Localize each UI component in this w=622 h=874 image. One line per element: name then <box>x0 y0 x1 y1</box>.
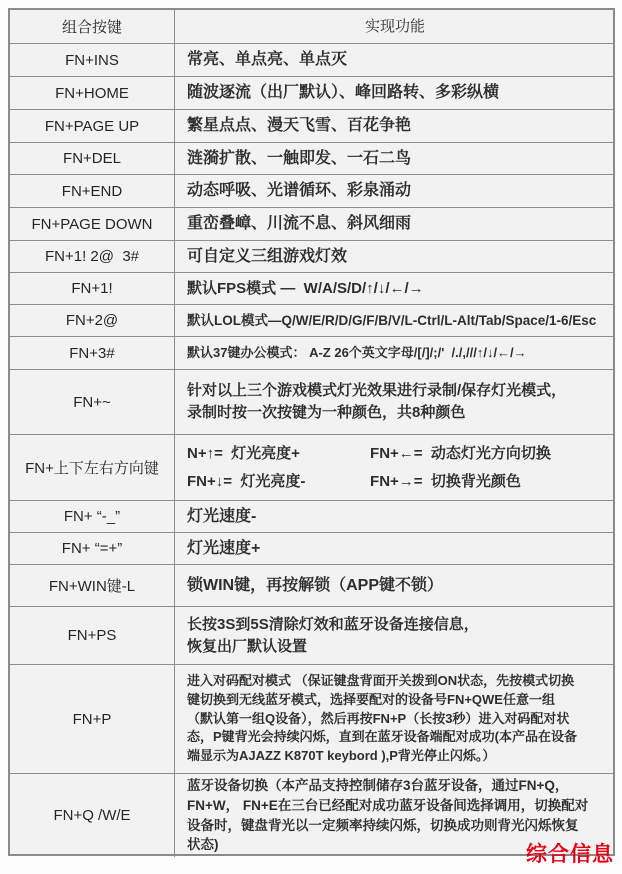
key-cell: FN+END <box>10 175 175 207</box>
table-row-fn-pagedown: FN+PAGE DOWN 重峦叠嶂、川流不息、斜风细雨 <box>10 207 613 240</box>
watermark: 综合信息 <box>526 838 614 868</box>
desc-grid-item: FN+→= 切换背光颜色 <box>370 471 603 493</box>
desc-cell: 动态呼吸、光谱循环、彩泉涌动 <box>175 175 613 207</box>
table-header-row: 组合按键 实现功能 <box>10 10 613 43</box>
key-cell: FN+PAGE UP <box>10 110 175 142</box>
table-row-fn-win: FN+WIN键-L 锁WIN键，再按解锁（APP键不锁） <box>10 564 613 606</box>
table-row-fn-ins: FN+INS 常亮、单点亮、单点灭 <box>10 43 613 76</box>
key-cell: FN+P <box>10 665 175 773</box>
desc-cell: 锁WIN键，再按解锁（APP键不锁） <box>175 565 613 606</box>
desc-cell: 常亮、单点亮、单点灭 <box>175 44 613 76</box>
table-row-fn-1: FN+1! 默认FPS模式 — W/A/S/D/↑/↓/←/→ <box>10 272 613 304</box>
desc-cell: 进入对码配对模式 （保证键盘背面开关拨到ON状态，先按模式切换 键切换到无线蓝牙… <box>175 665 613 773</box>
desc-cell: 长按3S到5S清除灯效和蓝牙设备连接信息， 恢复出厂默认设置 <box>175 607 613 664</box>
desc-line: 蓝牙设备切换（本产品支持控制储存3台蓝牙设备，通过FN+Q， <box>187 776 603 796</box>
table-row-fn-arrows: FN+上下左右方向键 N+↑= 灯光亮度+ FN+←= 动态灯光方向切换 FN+… <box>10 434 613 500</box>
header-desc-cell: 实现功能 <box>175 10 613 43</box>
key-cell: FN+WIN键-L <box>10 565 175 606</box>
desc-line: 长按3S到5S清除灯效和蓝牙设备连接信息， <box>187 614 603 636</box>
table-row-fn-qwe: FN+Q /W/E 蓝牙设备切换（本产品支持控制储存3台蓝牙设备，通过FN+Q，… <box>10 773 613 857</box>
desc-cell: 默认FPS模式 — W/A/S/D/↑/↓/←/→ <box>175 273 613 304</box>
desc-cell: 灯光速度+ <box>175 533 613 564</box>
header-key-cell: 组合按键 <box>10 10 175 43</box>
key-cell: FN+~ <box>10 370 175 434</box>
key-cell: FN+1! <box>10 273 175 304</box>
table-row-fn-del: FN+DEL 涟漪扩散、一触即发、一石二鸟 <box>10 142 613 174</box>
table-row-fn-ps: FN+PS 长按3S到5S清除灯效和蓝牙设备连接信息， 恢复出厂默认设置 <box>10 606 613 664</box>
table-row-fn-end: FN+END 动态呼吸、光谱循环、彩泉涌动 <box>10 174 613 207</box>
desc-cell: 涟漪扩散、一触即发、一石二鸟 <box>175 143 613 174</box>
desc-line: 常亮、单点亮、单点灭 <box>187 48 603 71</box>
desc-line: 锁WIN键，再按解锁（APP键不锁） <box>187 574 603 597</box>
key-function-table: 组合按键 实现功能 FN+INS 常亮、单点亮、单点灭 FN+HOME 随波逐流… <box>8 8 615 856</box>
key-cell: FN+1! 2@ 3# <box>10 241 175 272</box>
desc-cell: 重峦叠嶂、川流不息、斜风细雨 <box>175 208 613 240</box>
desc-line: 恢复出厂默认设置 <box>187 636 603 658</box>
desc-line: 重峦叠嶂、川流不息、斜风细雨 <box>187 212 603 235</box>
key-cell: FN+ “-_” <box>10 501 175 532</box>
table-row-fn-home: FN+HOME 随波逐流（出厂默认）、峰回路转、多彩纵横 <box>10 76 613 109</box>
desc-line: 灯光速度- <box>187 505 603 528</box>
desc-cell: N+↑= 灯光亮度+ FN+←= 动态灯光方向切换 FN+↓= 灯光亮度- FN… <box>175 435 613 500</box>
desc-line: 默认FPS模式 — W/A/S/D/↑/↓/←/→ <box>187 278 603 300</box>
desc-cell: 随波逐流（出厂默认）、峰回路转、多彩纵横 <box>175 77 613 109</box>
table-row-fn-tilde: FN+~ 针对以上三个游戏模式灯光效果进行录制/保存灯光模式， 录制时按一次按键… <box>10 369 613 434</box>
desc-line: 态，P键背光会持续闪烁，直到在蓝牙设备端配对成功(本产品在设备 <box>187 728 603 747</box>
header-key-label: 组合按键 <box>62 16 122 37</box>
key-cell: FN+2@ <box>10 305 175 336</box>
key-cell: FN+Q /W/E <box>10 774 175 857</box>
key-cell: FN+PS <box>10 607 175 664</box>
desc-line: 设备时，键盘背光以一定频率持续闪烁，切换成功则背光闪烁恢复 <box>187 816 603 836</box>
key-cell: FN+DEL <box>10 143 175 174</box>
desc-line: 默认LOL模式—Q/W/E/R/D/G/F/B/V/L-Ctrl/L-Alt/T… <box>187 311 603 331</box>
key-cell: FN+3# <box>10 337 175 369</box>
desc-line: FN+W， FN+E在三台已经配对成功蓝牙设备间选择调用，切换配对 <box>187 796 603 816</box>
desc-line: 键切换到无线蓝牙模式，选择要配对的设备号FN+QWE任意一组 <box>187 691 603 710</box>
desc-line: 繁星点点、漫天飞雪、百花争艳 <box>187 114 603 137</box>
manual-page: 组合按键 实现功能 FN+INS 常亮、单点亮、单点灭 FN+HOME 随波逐流… <box>0 0 622 874</box>
desc-line: 录制时按一次按键为一种颜色，共8种颜色 <box>187 402 603 424</box>
table-row-fn-p: FN+P 进入对码配对模式 （保证键盘背面开关拨到ON状态，先按模式切换 键切换… <box>10 664 613 773</box>
desc-line: 端显示为AJAZZ K870T keybord ),P背光停止闪烁。） <box>187 747 603 766</box>
desc-line: 动态呼吸、光谱循环、彩泉涌动 <box>187 179 603 202</box>
desc-line: 涟漪扩散、一触即发、一石二鸟 <box>187 147 603 170</box>
header-desc-label: 实现功能 <box>365 16 425 38</box>
desc-cell: 可自定义三组游戏灯效 <box>175 241 613 272</box>
desc-grid-item: FN+↓= 灯光亮度- <box>187 471 370 493</box>
desc-cell: 繁星点点、漫天飞雪、百花争艳 <box>175 110 613 142</box>
desc-line: 进入对码配对模式 （保证键盘背面开关拨到ON状态，先按模式切换 <box>187 672 603 691</box>
desc-line: 灯光速度+ <box>187 537 603 560</box>
desc-line: （默认第一组Q设备），然后再按FN+P（长按3秒）进入对码配对状 <box>187 710 603 729</box>
table-row-fn-3: FN+3# 默认37键办公模式： A-Z 26个英文字母/[/]/;/' /./… <box>10 336 613 369</box>
desc-grid-item: N+↑= 灯光亮度+ <box>187 443 370 465</box>
desc-line: 默认37键办公模式： A-Z 26个英文字母/[/]/;/' /./,///↑/… <box>187 344 603 363</box>
desc-cell: 默认37键办公模式： A-Z 26个英文字母/[/]/;/' /./,///↑/… <box>175 337 613 369</box>
desc-grid-item: FN+←= 动态灯光方向切换 <box>370 443 603 465</box>
desc-cell: 针对以上三个游戏模式灯光效果进行录制/保存灯光模式， 录制时按一次按键为一种颜色… <box>175 370 613 434</box>
desc-line: 针对以上三个游戏模式灯光效果进行录制/保存灯光模式， <box>187 380 603 402</box>
key-cell: FN+HOME <box>10 77 175 109</box>
table-row-fn-equals: FN+ “=+” 灯光速度+ <box>10 532 613 564</box>
table-row-fn-2: FN+2@ 默认LOL模式—Q/W/E/R/D/G/F/B/V/L-Ctrl/L… <box>10 304 613 336</box>
desc-cell: 默认LOL模式—Q/W/E/R/D/G/F/B/V/L-Ctrl/L-Alt/T… <box>175 305 613 336</box>
key-cell: FN+上下左右方向键 <box>10 435 175 500</box>
key-cell: FN+ “=+” <box>10 533 175 564</box>
table-row-fn-123: FN+1! 2@ 3# 可自定义三组游戏灯效 <box>10 240 613 272</box>
desc-cell: 灯光速度- <box>175 501 613 532</box>
key-cell: FN+INS <box>10 44 175 76</box>
table-row-fn-pageup: FN+PAGE UP 繁星点点、漫天飞雪、百花争艳 <box>10 109 613 142</box>
desc-line: 可自定义三组游戏灯效 <box>187 245 603 268</box>
key-cell: FN+PAGE DOWN <box>10 208 175 240</box>
table-row-fn-minus: FN+ “-_” 灯光速度- <box>10 500 613 532</box>
desc-line: 随波逐流（出厂默认）、峰回路转、多彩纵横 <box>187 81 603 104</box>
